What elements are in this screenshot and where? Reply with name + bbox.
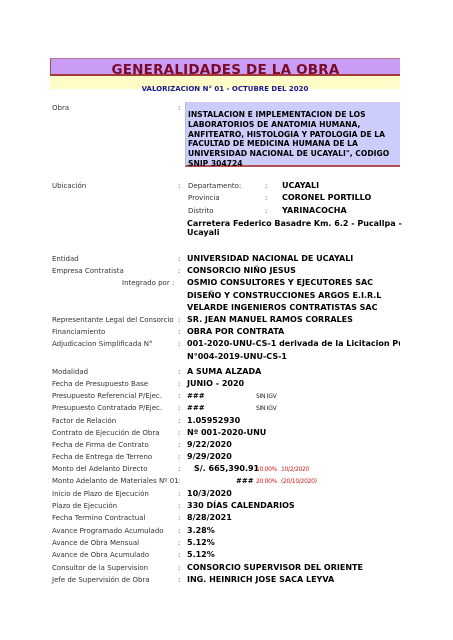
empresa-label: Empresa Contratista — [52, 267, 124, 275]
avance-programado-label: Avance Programado Acumulado — [52, 527, 164, 535]
obra-description-box: INSTALACION E IMPLEMENTACION DE LOS LABO… — [185, 102, 400, 167]
distrito-value: YARINACOCHA — [282, 206, 347, 215]
departamento-value: UCAYALI — [282, 181, 319, 190]
representante-value: SR. JEAN MANUEL RAMOS CORRALES — [187, 315, 353, 324]
jefe-supervision-label: Jefe de Supervisión de Obra — [52, 576, 150, 584]
avance-acumulado-colon: : — [178, 551, 180, 559]
fecha-presupuesto-label: Fecha de Presupuesto Base — [52, 380, 148, 388]
entidad-label: Entidad — [52, 255, 79, 263]
avance-mensual-label: Avance de Obra Mensual — [52, 539, 139, 547]
adelanto-materiales-date: (20/10/2020) — [281, 478, 317, 485]
presupuesto-contratado-colon: : — [178, 404, 180, 412]
fecha-entrega-value: 9/29/2020 — [187, 452, 232, 461]
distrito-colon: : — [265, 207, 267, 215]
ubicacion-label: Ubicación — [52, 182, 86, 190]
financiamiento-colon: : — [178, 328, 180, 336]
avance-acumulado-value: 5.12% — [187, 550, 215, 559]
entidad-colon: : — [178, 255, 180, 263]
plazo-colon: : — [178, 502, 180, 510]
adelanto-directo-label: Monto del Adelanto Directo — [52, 465, 148, 473]
fecha-termino-value: 8/28/2021 — [187, 513, 232, 522]
inicio-plazo-value: 10/3/2020 — [187, 489, 232, 498]
presupuesto-referencial-label: Presupuesto Referencial P/Ejec. — [52, 392, 162, 400]
integrado-label: Integrado por : — [122, 279, 174, 287]
direccion-line1: Carretera Federico Basadre Km. 6.2 - Puc… — [187, 219, 402, 228]
integrante-3: VELARDE INGENIEROS CONTRATISTAS SAC — [187, 303, 378, 312]
jefe-supervision-colon: : — [178, 576, 180, 584]
presupuesto-contratado-label: Presupuesto Contratado P/Ejec. — [52, 404, 162, 412]
presupuesto-referencial-value: ### — [187, 392, 205, 400]
avance-programado-colon: : — [178, 527, 180, 535]
financiamiento-label: Financiamiento — [52, 328, 105, 336]
avance-mensual-value: 5.12% — [187, 538, 215, 547]
adjudicacion-value: 001-2020-UNU-CS-1 derivada de la Licitac… — [187, 339, 400, 348]
adelanto-directo-colon: : — [178, 465, 180, 473]
adelanto-materiales-colon: : — [178, 477, 180, 485]
financiamiento-value: OBRA POR CONTRATA — [187, 327, 284, 336]
avance-programado-value: 3.28% — [187, 526, 215, 535]
subtitle-banner: VALORIZACION N° 01 - OCTUBRE DEL 2020 — [50, 76, 400, 89]
ubicacion-colon: : — [178, 182, 180, 190]
fecha-firma-label: Fecha de Firma de Contrato — [52, 441, 149, 449]
adelanto-directo-pct: 10.00% — [256, 466, 277, 473]
direccion-line2: Ucayali — [187, 228, 220, 237]
modalidad-colon: : — [178, 368, 180, 376]
avance-acumulado-label: Avance de Obra Acumulado — [52, 551, 149, 559]
inicio-plazo-label: Inicio de Plazo de Ejecución — [52, 490, 149, 498]
modalidad-value: A SUMA ALZADA — [187, 367, 261, 376]
distrito-label: Distrito — [188, 207, 214, 215]
modalidad-label: Modalidad — [52, 368, 88, 376]
fecha-presupuesto-value: JUNIO - 2020 — [187, 379, 244, 388]
presupuesto-contratado-note: SIN IGV — [256, 405, 276, 412]
contrato-colon: : — [178, 429, 180, 437]
departamento-colon: : — [265, 182, 267, 190]
departamento-label: Departamento: — [188, 182, 241, 190]
entidad-value: UNIVERSIDAD NACIONAL DE UCAYALI — [187, 254, 353, 263]
fecha-firma-value: 9/22/2020 — [187, 440, 232, 449]
empresa-value: CONSORCIO NIÑO JESUS — [187, 266, 296, 275]
plazo-label: Plazo de Ejecución — [52, 502, 117, 510]
empresa-colon: : — [178, 267, 180, 275]
presupuesto-referencial-note: SIN IGV — [256, 393, 276, 400]
jefe-supervision-value: ING. HEINRICH JOSE SACA LEYVA — [187, 575, 334, 584]
presupuesto-contratado-value: ### — [187, 404, 205, 412]
obra-colon: : — [178, 104, 180, 112]
consultor-value: CONSORCIO SUPERVISOR DEL ORIENTE — [187, 563, 363, 572]
adelanto-directo-date: 10/2/2020 — [281, 466, 309, 473]
fecha-termino-label: Fecha Termino Contractual — [52, 514, 145, 522]
obra-label: Obra — [52, 104, 69, 112]
integrante-1: OSMIO CONSULTORES Y EJECUTORES SAC — [187, 278, 373, 287]
adjudicacion-label: Adjudicacion Simplificada N° — [52, 340, 153, 348]
representante-label: Representante Legal del Consorcio — [52, 316, 174, 324]
contrato-label: Contrato de Ejecución de Obra — [52, 429, 160, 437]
fecha-presupuesto-colon: : — [178, 380, 180, 388]
provincia-label: Provincia — [188, 194, 220, 202]
contrato-value: Nº 001-2020-UNU — [187, 428, 266, 437]
title-banner: GENERALIDADES DE LA OBRA — [50, 58, 400, 76]
presupuesto-referencial-colon: : — [178, 392, 180, 400]
integrante-2: DISEÑO Y CONSTRUCCIONES ARGOS E.I.R.L — [187, 291, 381, 300]
adelanto-materiales-label: Monto Adelanto de Materiales Nº 01 — [52, 477, 179, 485]
fecha-entrega-colon: : — [178, 453, 180, 461]
plazo-value: 330 DÍAS CALENDARIOS — [187, 501, 295, 510]
adelanto-directo-value: S/. 665,390.91 — [194, 464, 259, 473]
provincia-colon: : — [265, 194, 267, 202]
adelanto-materiales-pct: 20.00% — [256, 478, 277, 485]
factor-relacion-label: Factor de Relación — [52, 417, 116, 425]
consultor-colon: : — [178, 564, 180, 572]
obra-description: INSTALACION E IMPLEMENTACION DE LOS LABO… — [188, 110, 400, 169]
provincia-value: CORONEL PORTILLO — [282, 193, 371, 202]
inicio-plazo-colon: : — [178, 490, 180, 498]
factor-relacion-colon: : — [178, 417, 180, 425]
consultor-label: Consultor de la Supervision — [52, 564, 148, 572]
adjudicacion-colon: : — [178, 340, 180, 348]
fecha-firma-colon: : — [178, 441, 180, 449]
factor-relacion-value: 1.05952930 — [187, 416, 240, 425]
avance-mensual-colon: : — [178, 539, 180, 547]
valorizacion-subtitle: VALORIZACION N° 01 - OCTUBRE DEL 2020 — [142, 85, 309, 93]
representante-colon: : — [178, 316, 180, 324]
fecha-termino-colon: : — [178, 514, 180, 522]
adelanto-materiales-value: ### — [236, 477, 254, 485]
adjudicacion-value-line2: N°004-2019-UNU-CS-1 — [187, 352, 287, 361]
fecha-entrega-label: Fecha de Entrega de Terreno — [52, 453, 152, 461]
